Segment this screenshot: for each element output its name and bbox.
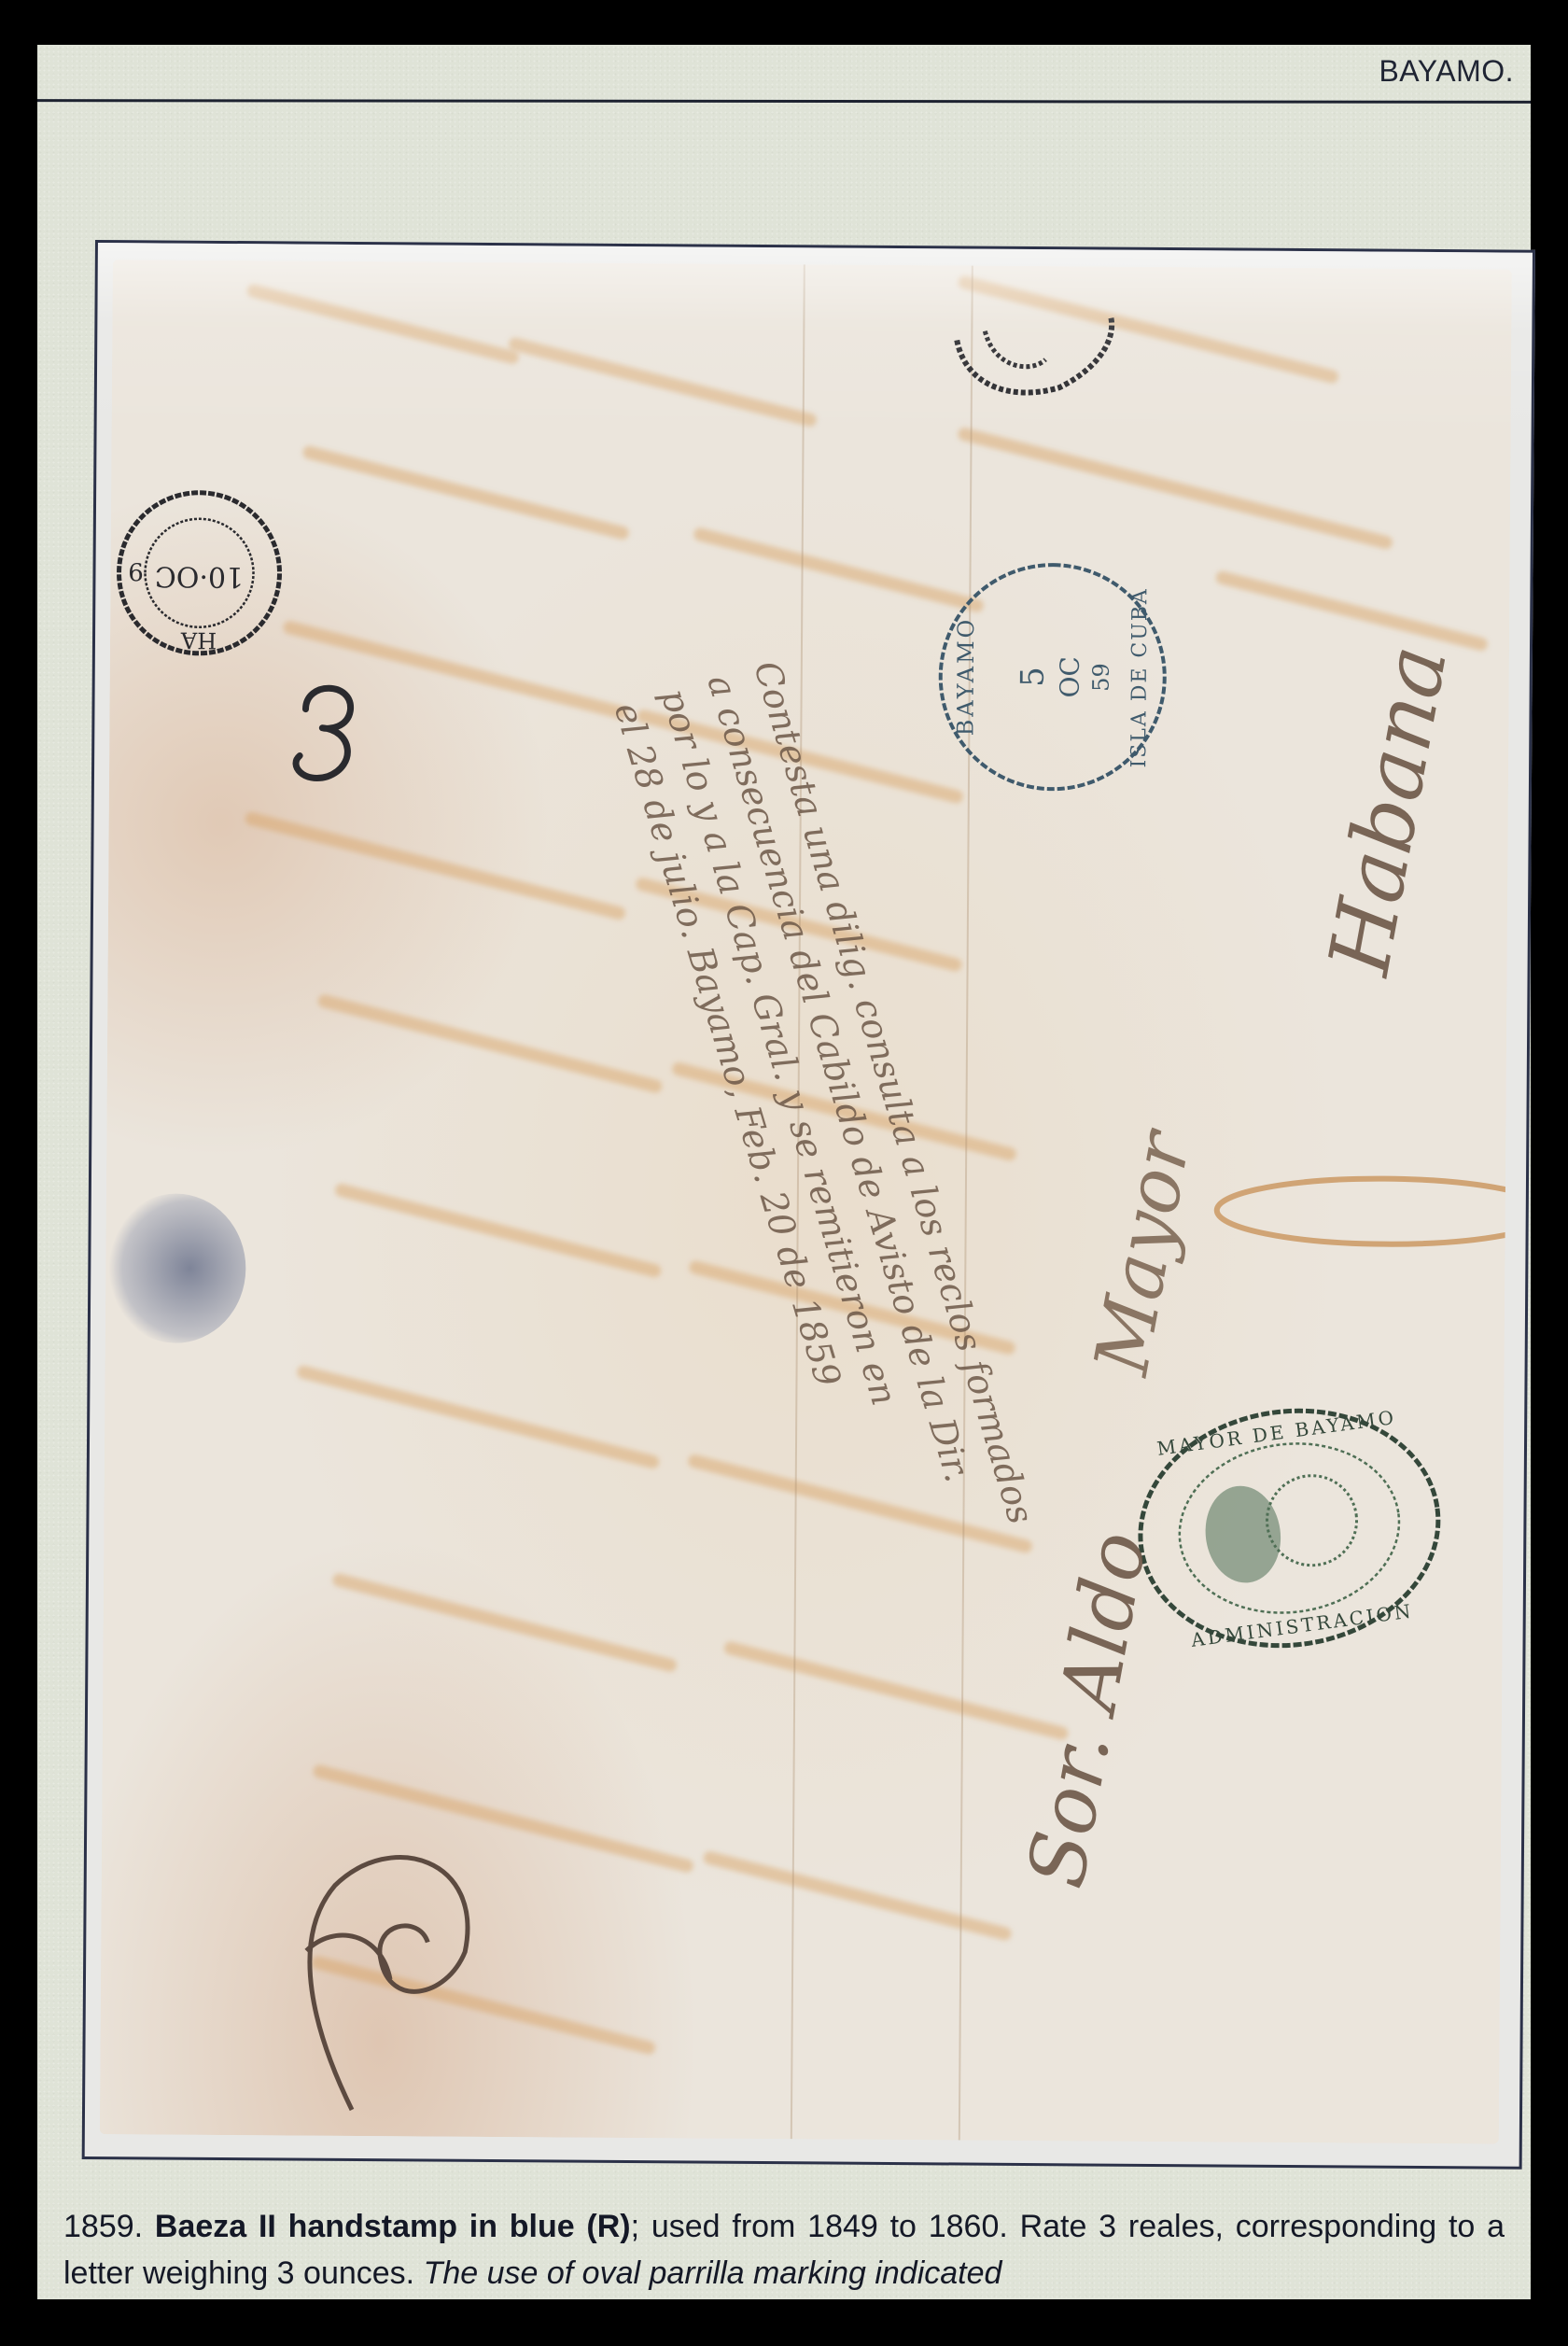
p-flourish: [305, 1857, 468, 2111]
address-recipient: Sor. Aldo: [1010, 1524, 1165, 1894]
caption-italic: The use of oval parrilla marking indicat…: [424, 2255, 1002, 2291]
svg-text:59: 59: [1088, 663, 1114, 692]
habana-receiving-stamp: 10·OC HA 9: [119, 492, 280, 653]
cover-mount-frame: 10·OC HA 9 BAYAMO ISLA DE CUBA: [82, 240, 1535, 2170]
svg-text:ADMINISTRACION: ADMINISTRACION: [1189, 1599, 1415, 1651]
svg-text:HA: HA: [180, 627, 217, 653]
docket-note: Contesta una dilig. consulta a los reclo…: [607, 656, 1042, 1570]
svg-text:ISLA DE CUBA: ISLA DE CUBA: [1127, 587, 1152, 768]
orange-flourish: [1217, 1177, 1512, 1245]
svg-text:BAYAMO: BAYAMO: [952, 617, 979, 737]
svg-text:5: 5: [1015, 667, 1052, 687]
header-rule: [37, 99, 1531, 104]
svg-text:10·OC: 10·OC: [155, 559, 245, 593]
svg-text:Sor. Aldo: Sor. Aldo: [1010, 1524, 1165, 1894]
address-mayor: Mayor: [1077, 1121, 1208, 1383]
svg-text:Habana: Habana: [1310, 638, 1467, 983]
svg-text:9: 9: [128, 556, 144, 584]
cover-markings: 10·OC HA 9 BAYAMO ISLA DE CUBA: [100, 260, 1512, 2143]
album-page: BAYAMO.: [37, 45, 1531, 2299]
page-header-title: BAYAMO.: [1379, 54, 1514, 89]
rate-3-marking: [296, 688, 351, 779]
administracion-oval-seal: MAYOR DE BAYAMO ADMINISTRACION: [1126, 1393, 1452, 1664]
parrilla-oval-marking: [957, 316, 1112, 393]
cover-letter-image: 10·OC HA 9 BAYAMO ISLA DE CUBA: [100, 260, 1512, 2143]
caption-year: 1859.: [63, 2209, 143, 2244]
svg-text:OC: OC: [1055, 656, 1085, 698]
caption: 1859. Baeza II handstamp in blue (R); us…: [63, 2203, 1505, 2297]
svg-text:Mayor: Mayor: [1077, 1121, 1208, 1383]
baeza-ii-blue-cds: BAYAMO ISLA DE CUBA 5 OC 59: [940, 564, 1166, 790]
caption-title: Baeza II handstamp in blue (R): [155, 2209, 631, 2244]
address-habana: Habana: [1310, 638, 1467, 983]
